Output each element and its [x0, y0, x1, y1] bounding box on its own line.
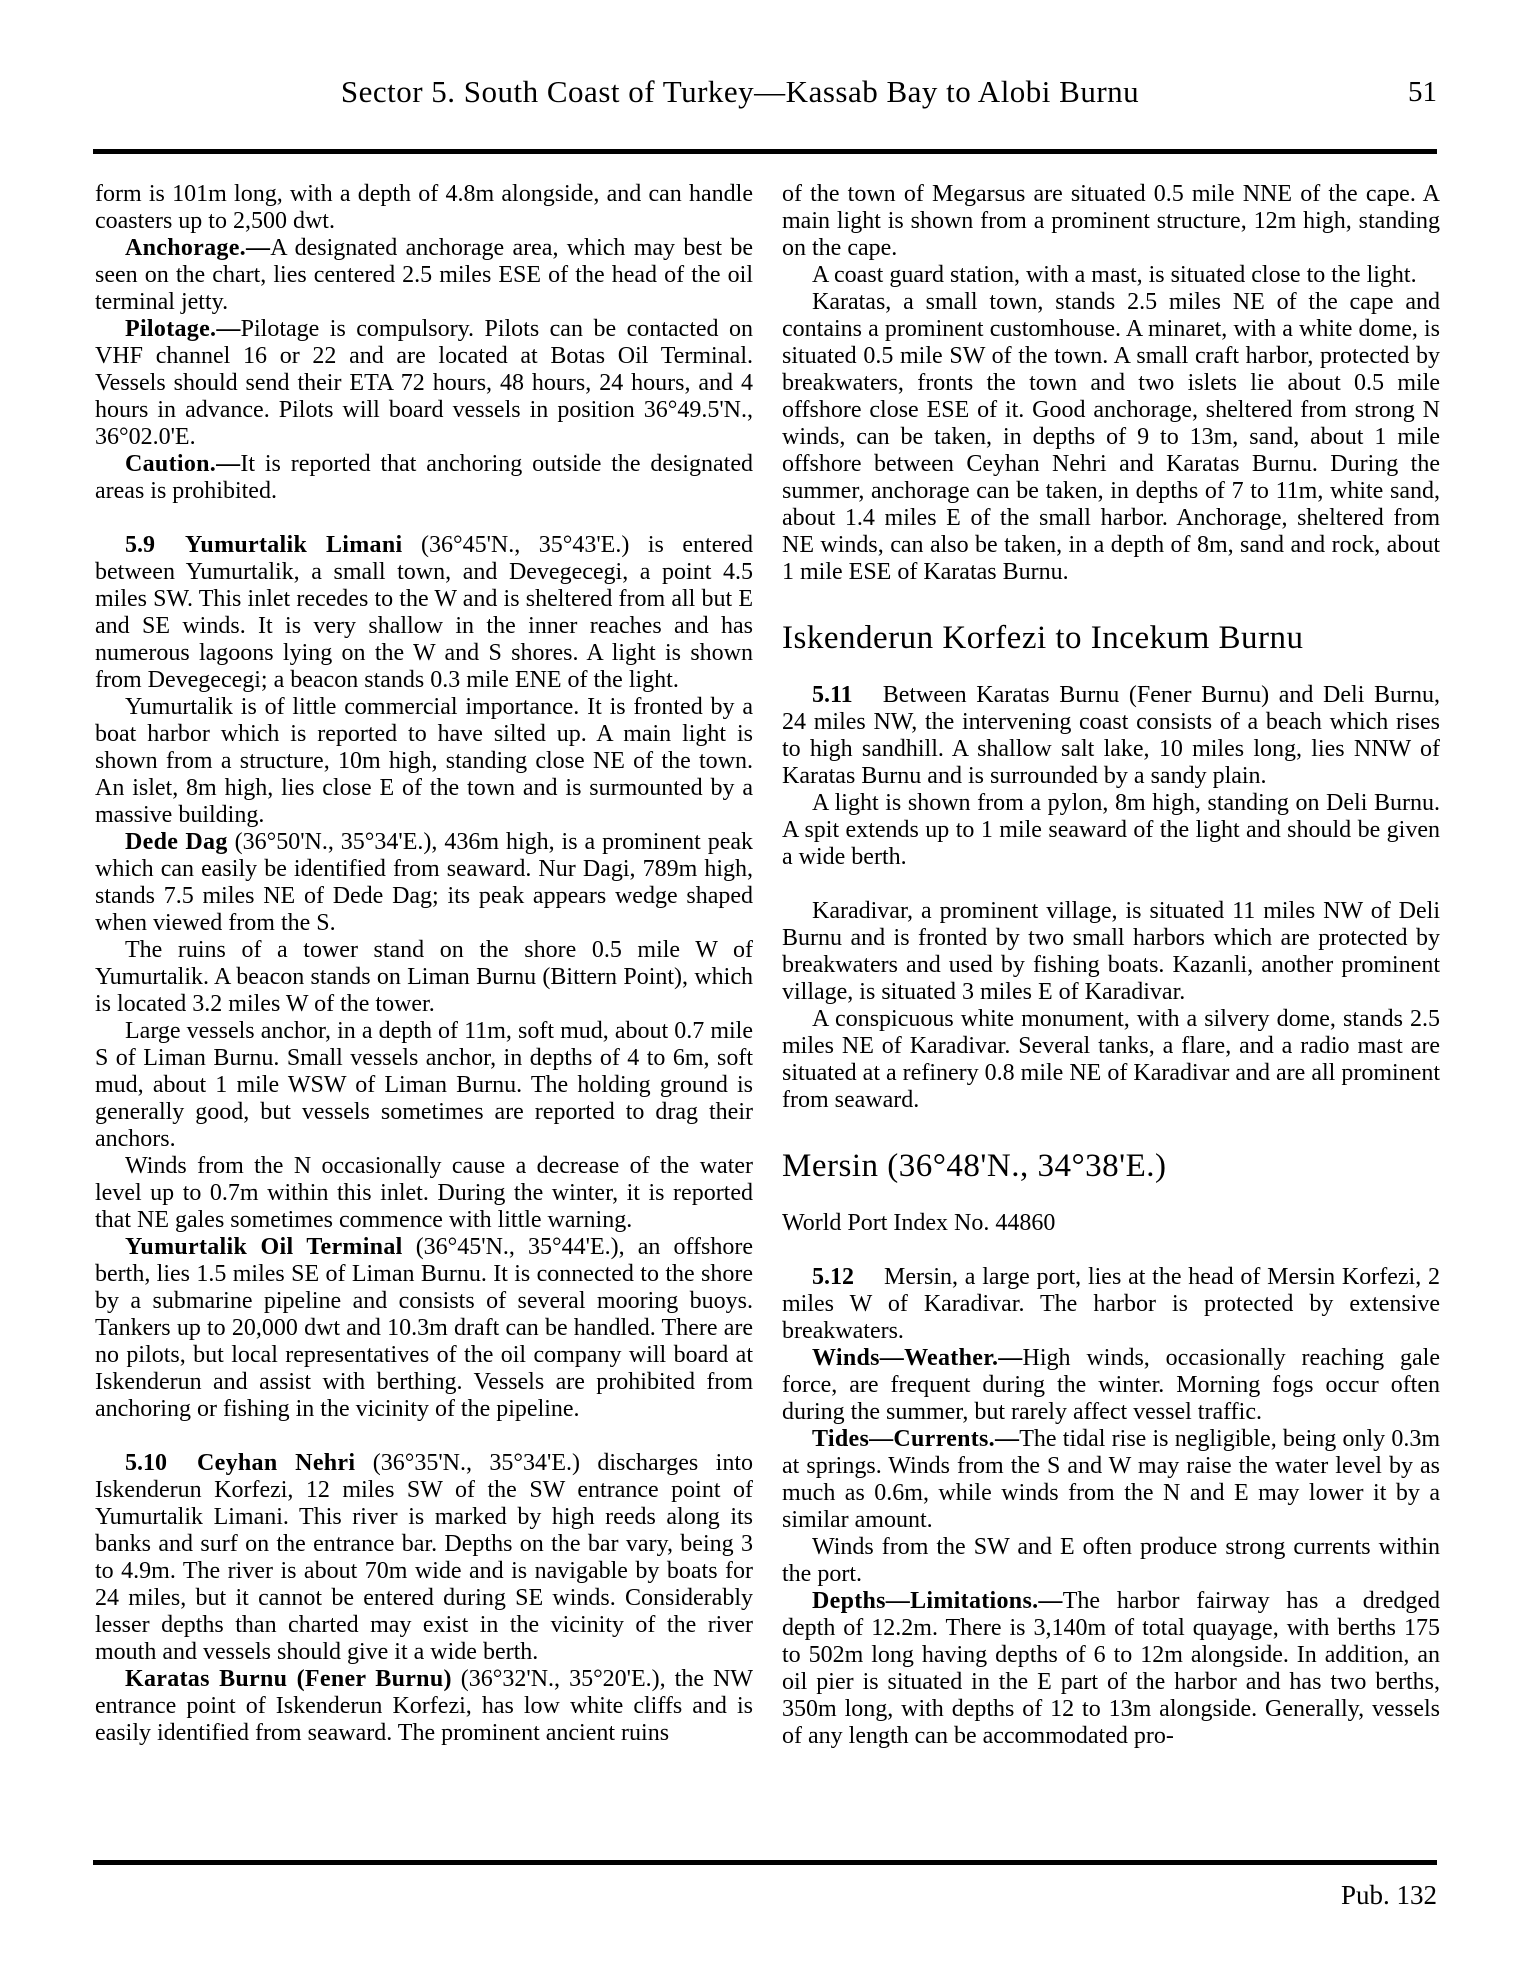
- paragraph-number: 5.10: [125, 1450, 197, 1476]
- paragraph: form is 101m long, with a depth of 4.8m …: [95, 181, 753, 235]
- section-heading: Mersin (36°48'N., 34°38'E.): [782, 1146, 1440, 1186]
- paragraph-lead: Pilotage.—: [125, 316, 241, 342]
- paragraph-lead: Tides—Currents.—: [812, 1426, 1019, 1452]
- paragraph: The ruins of a tower stand on the shore …: [95, 937, 753, 1018]
- section-heading: Iskenderun Korfezi to Incekum Burnu: [782, 618, 1440, 658]
- paragraph-spacer: [782, 871, 1440, 898]
- footer-rule: [93, 1860, 1437, 1865]
- paragraph: World Port Index No. 44860: [782, 1210, 1440, 1237]
- paragraph: Karadivar, a prominent village, is situa…: [782, 898, 1440, 1006]
- paragraph-lead: Dede Dag: [125, 829, 228, 855]
- paragraph: A light is shown from a pylon, 8m high, …: [782, 790, 1440, 871]
- paragraph: 5.9Yumurtalik Limani (36°45'N., 35°43'E.…: [95, 532, 753, 694]
- header-rule: [93, 149, 1437, 154]
- paragraph: A coast guard station, with a mast, is s…: [782, 262, 1440, 289]
- paragraph-lead: Depths—Limitations.—: [812, 1588, 1063, 1614]
- publication-number: Pub. 132: [1341, 1880, 1437, 1911]
- paragraph-lead: Winds—Weather.—: [812, 1345, 1023, 1371]
- paragraph-lead: Yumurtalik Limani: [185, 532, 402, 558]
- paragraph: Karatas, a small town, stands 2.5 miles …: [782, 289, 1440, 586]
- paragraph: Yumurtalik Oil Terminal (36°45'N., 35°44…: [95, 1234, 753, 1423]
- paragraph-lead: Ceyhan Nehri: [197, 1450, 355, 1476]
- paragraph: Winds from the SW and E often produce st…: [782, 1534, 1440, 1588]
- paragraph: 5.12Mersin, a large port, lies at the he…: [782, 1264, 1440, 1345]
- paragraph: Pilotage.—Pilotage is compulsory. Pilots…: [95, 316, 753, 451]
- right-column: of the town of Megarsus are situated 0.5…: [782, 181, 1440, 1750]
- paragraph: Large vessels anchor, in a depth of 11m,…: [95, 1018, 753, 1153]
- paragraph-lead: Caution.—: [125, 451, 240, 477]
- paragraph-lead: Yumurtalik Oil Terminal: [125, 1234, 403, 1260]
- paragraph: A conspicuous white monument, with a sil…: [782, 1006, 1440, 1114]
- page-header-title: Sector 5. South Coast of Turkey—Kassab B…: [95, 74, 1385, 110]
- paragraph: Caution.—It is reported that anchoring o…: [95, 451, 753, 505]
- paragraph: Depths—Limitations.—The harbor fairway h…: [782, 1588, 1440, 1750]
- paragraph: Winds—Weather.—High winds, occasionally …: [782, 1345, 1440, 1426]
- paragraph-number: 5.9: [125, 532, 185, 558]
- paragraph: Winds from the N occasionally cause a de…: [95, 1153, 753, 1234]
- document-page: Sector 5. South Coast of Turkey—Kassab B…: [0, 0, 1530, 1980]
- paragraph: Yumurtalik is of little commercial impor…: [95, 694, 753, 829]
- paragraph: Tides—Currents.—The tidal rise is neglig…: [782, 1426, 1440, 1534]
- page-number: 51: [1408, 76, 1437, 109]
- paragraph: of the town of Megarsus are situated 0.5…: [782, 181, 1440, 262]
- paragraph-number: 5.11: [812, 682, 883, 708]
- paragraph: Karatas Burnu (Fener Burnu) (36°32'N., 3…: [95, 1666, 753, 1747]
- paragraph: 5.10Ceyhan Nehri (36°35'N., 35°34'E.) di…: [95, 1450, 753, 1666]
- paragraph-number: 5.12: [812, 1264, 884, 1290]
- paragraph: Dede Dag (36°50'N., 35°34'E.), 436m high…: [95, 829, 753, 937]
- paragraph: 5.11Between Karatas Burnu (Fener Burnu) …: [782, 682, 1440, 790]
- paragraph-lead: Anchorage.—: [125, 235, 270, 261]
- paragraph: Anchorage.—A designated anchorage area, …: [95, 235, 753, 316]
- left-column: form is 101m long, with a depth of 4.8m …: [95, 181, 753, 1747]
- paragraph-lead: Karatas Burnu (Fener Burnu): [125, 1666, 452, 1692]
